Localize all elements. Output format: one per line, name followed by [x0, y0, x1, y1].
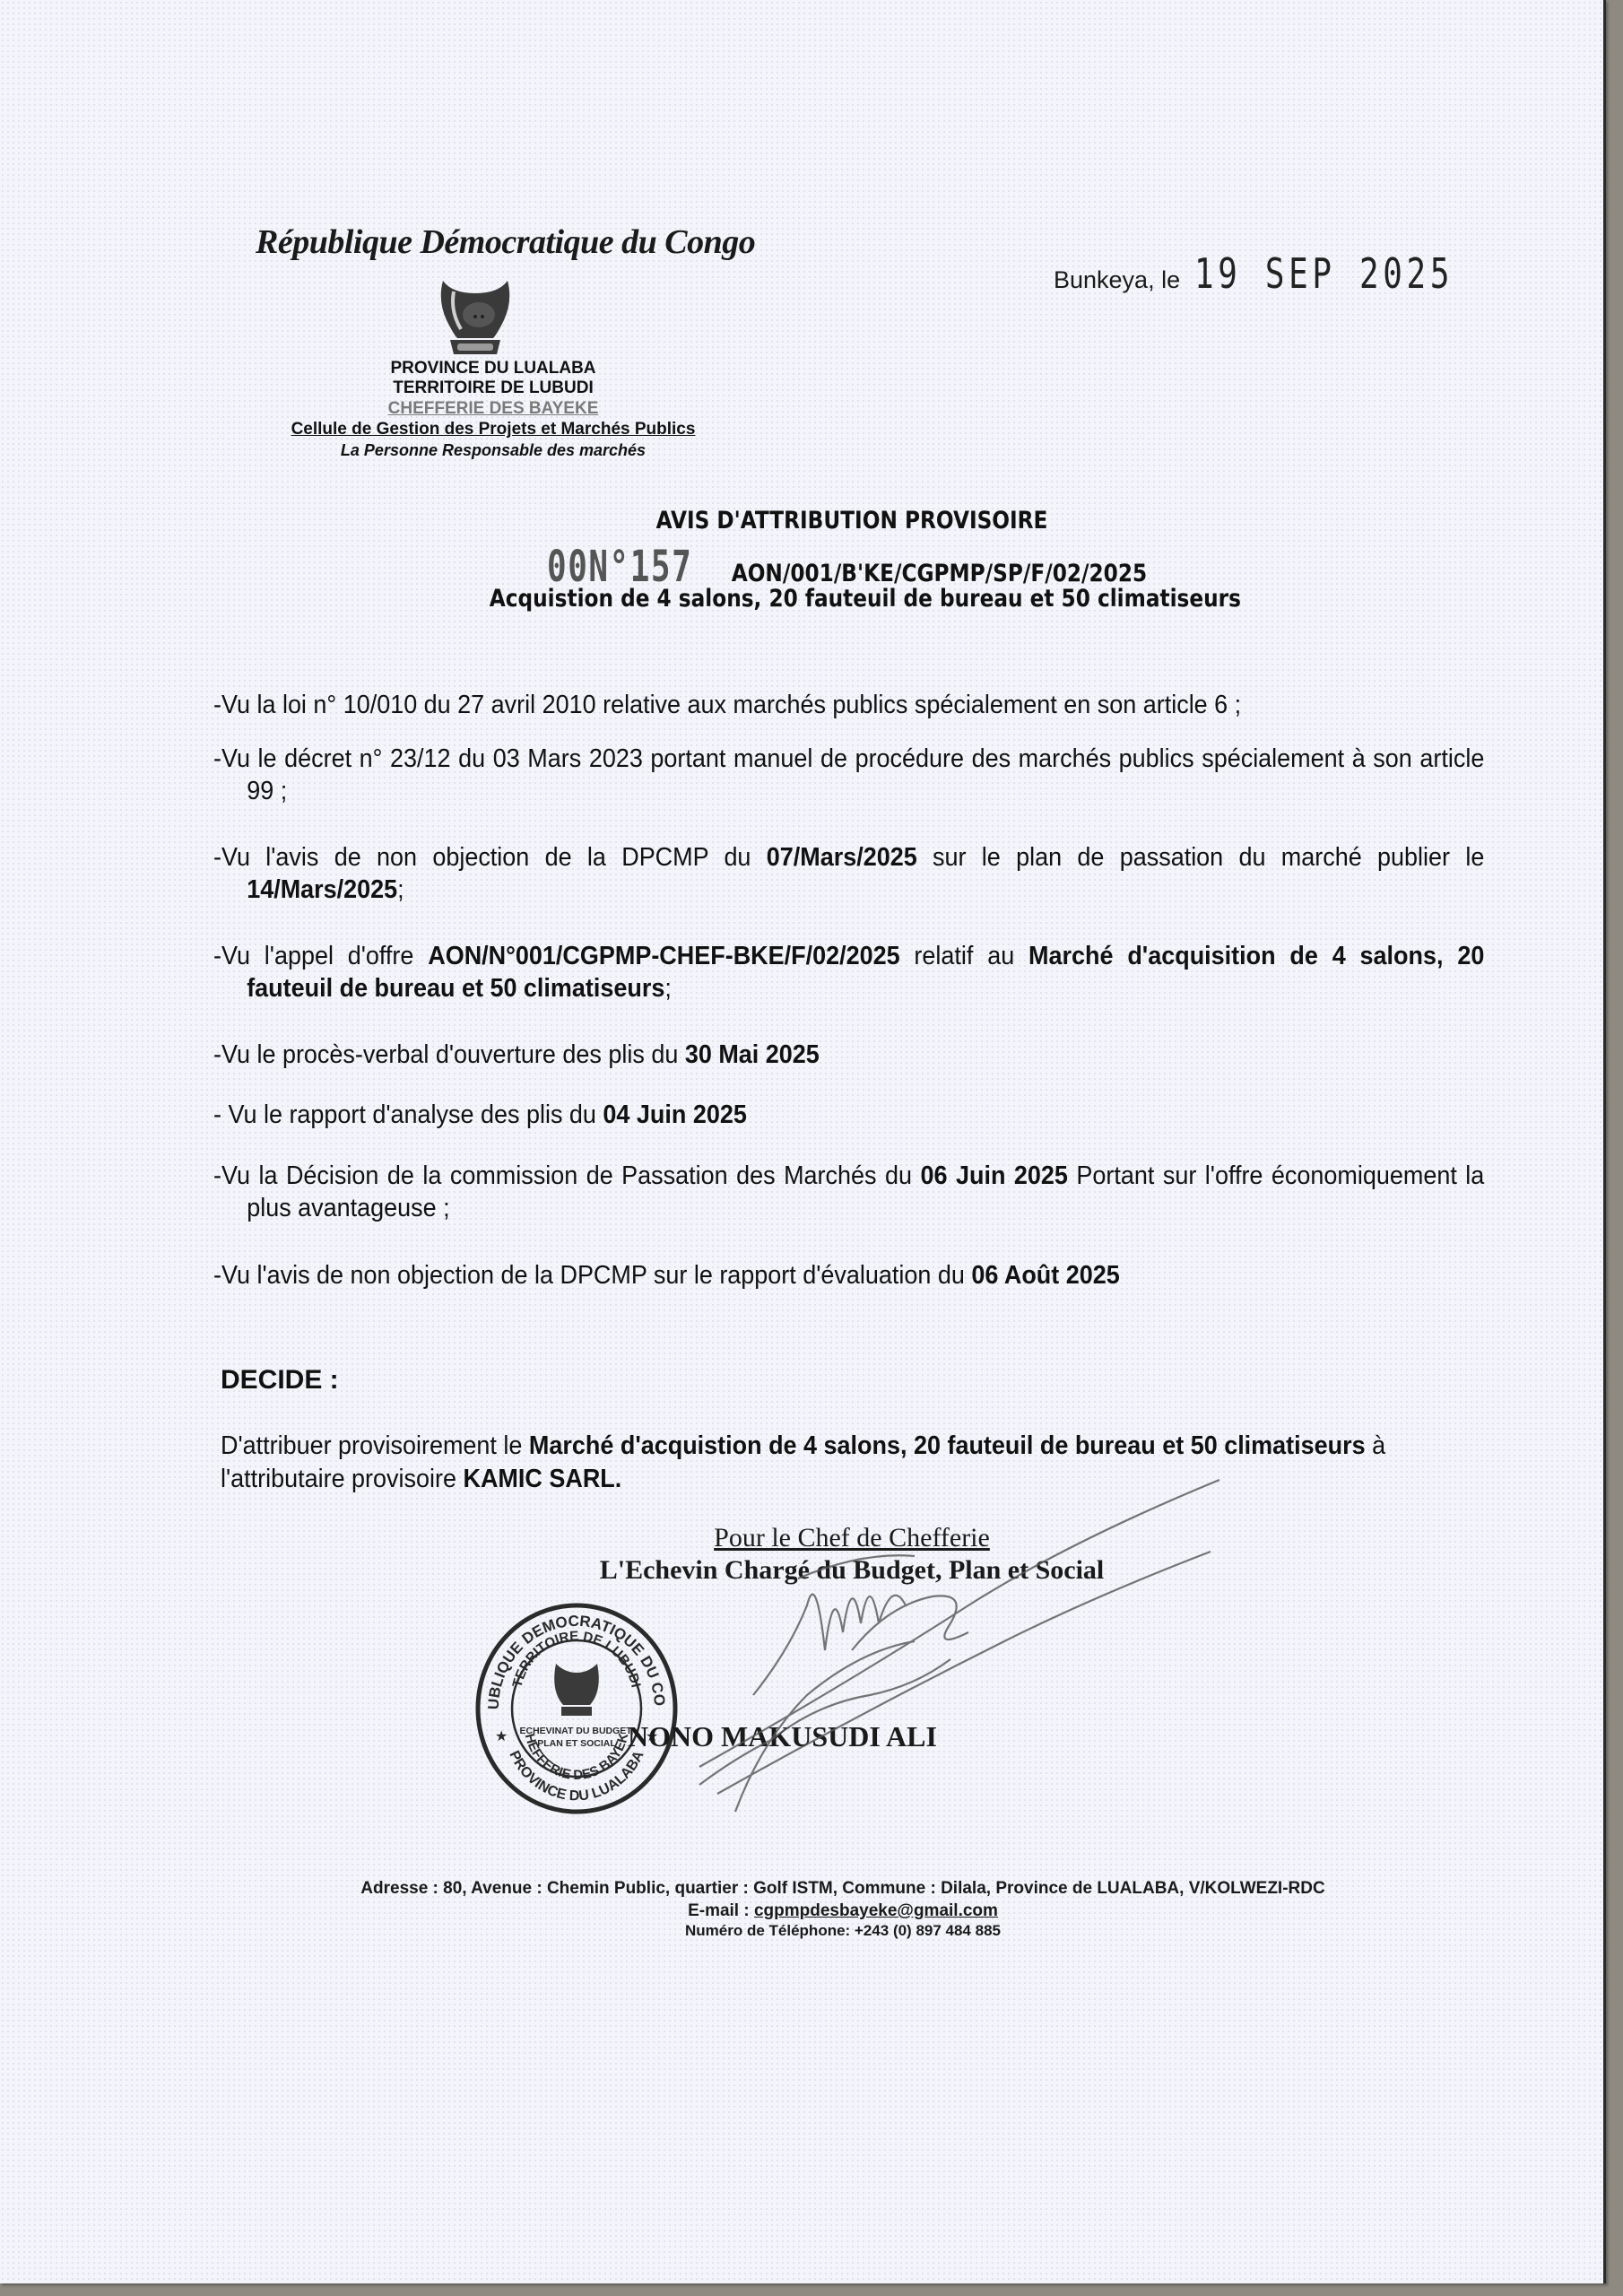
territoire-line: TERRITOIRE DE LUBUDI [224, 378, 762, 398]
date-label: Bunkeya, le [1054, 266, 1180, 294]
chefferie-line: CHEFFERIE DES BAYEKE [224, 399, 762, 419]
svg-text:PLAN ET SOCIAL: PLAN ET SOCIAL [537, 1738, 616, 1749]
footer-phone: Numéro de Téléphone: +243 (0) 897 484 88… [215, 1922, 1471, 1940]
footer-email-label: E-mail : [688, 1901, 754, 1920]
consideration-item: -Vu la Décision de la commission de Pass… [213, 1160, 1484, 1224]
cellule-line: Cellule de Gestion des Projets et Marché… [206, 420, 780, 439]
country-heading: République Démocratique du Congo [256, 222, 755, 262]
document-page: République Démocratique du Congo PROVINC… [0, 0, 1606, 2283]
document-title: AVIS D'ATTRIBUTION PROVISOIRE [490, 507, 1214, 535]
footer-email-link[interactable]: cgpmpdesbayeke@gmail.com [754, 1901, 998, 1920]
consideration-item: -Vu le décret n° 23/12 du 03 Mars 2023 p… [213, 743, 1484, 807]
footer-address: Adresse : 80, Avenue : Chemin Public, qu… [215, 1879, 1471, 1899]
consideration-item: -Vu la loi n° 10/010 du 27 avril 2010 re… [213, 689, 1484, 721]
consideration-item: -Vu le procès-verbal d'ouverture des pli… [213, 1039, 1484, 1071]
consideration-item: -Vu l'avis de non objection de la DPCMP … [213, 841, 1484, 906]
consideration-item: -Vu l'appel d'offre AON/N°001/CGPMP-CHEF… [213, 940, 1484, 1004]
drc-coat-of-arms-icon [434, 274, 516, 360]
document-subject: Acquistion de 4 salons, 20 fauteuil de b… [490, 585, 1214, 613]
svg-text:ECHEVINAT DU BUDGET,: ECHEVINAT DU BUDGET, [520, 1726, 634, 1736]
footer-email-line: E-mail : cgpmpdesbayeke@gmail.com [215, 1901, 1471, 1921]
handwritten-signature [681, 1471, 1237, 1848]
consideration-item: - Vu le rapport d'analyse des plis du 04… [213, 1099, 1484, 1131]
official-seal-icon: REPUBLIQUE DEMOCRATIQUE DU CONGO TERRITO… [473, 1601, 680, 1816]
reference-code: AON/001/B'KE/CGPMP/SP/F/02/2025 [731, 560, 1146, 587]
svg-text:★: ★ [495, 1729, 508, 1744]
province-line: PROVINCE DU LUALABA [224, 359, 762, 378]
consideration-item: -Vu l'avis de non objection de la DPCMP … [213, 1259, 1484, 1291]
date-stamp: 19 SEP 2025 [1194, 249, 1454, 298]
decide-heading: DECIDE : [221, 1365, 339, 1396]
personne-responsable-line: La Personne Responsable des marchés [224, 441, 762, 460]
date-line: Bunkeya, le 19 SEP 2025 [1054, 249, 1527, 298]
